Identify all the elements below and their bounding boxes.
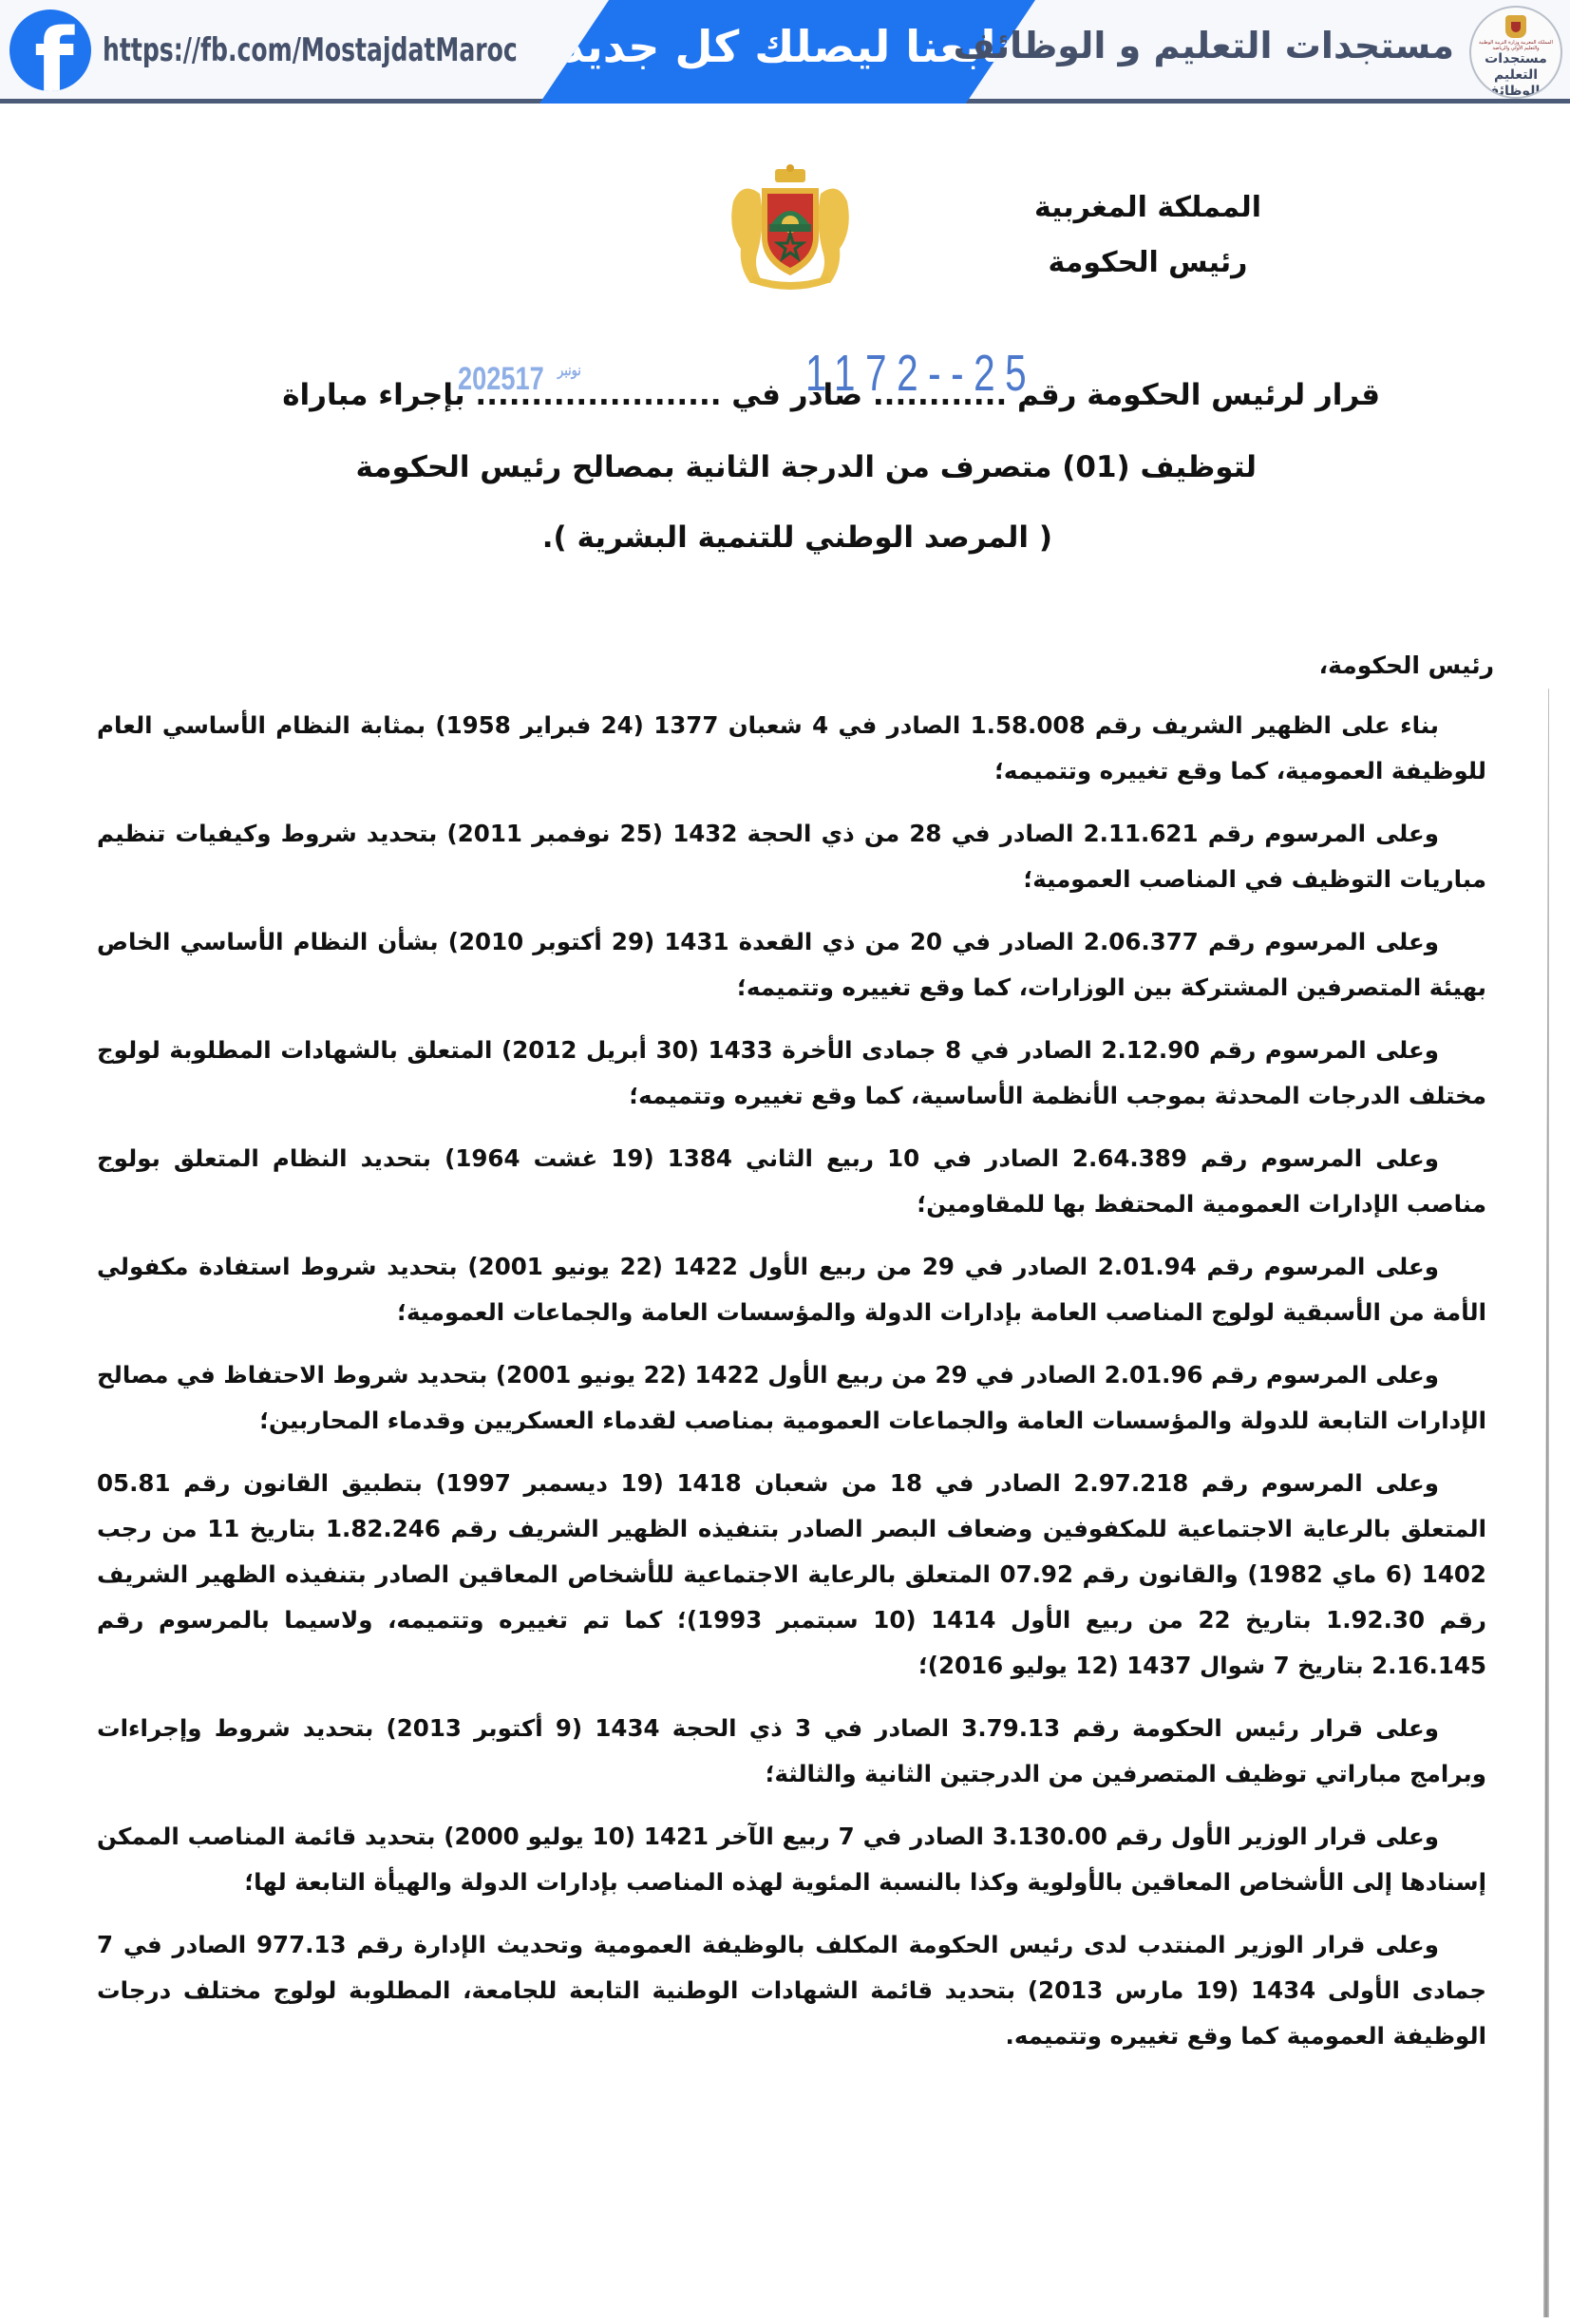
logo-name-line1: مستجدات التعليم bbox=[1471, 51, 1561, 84]
paragraph: وعلى المرسوم رقم 2.11.621 الصادر في 28 م… bbox=[97, 811, 1486, 902]
stamp-month: نونبر bbox=[558, 363, 581, 379]
logo-small-text: المملكة المغربية وزارة التربية الوطنية و… bbox=[1471, 40, 1561, 51]
kingdom-label: المملكة المغربية bbox=[1034, 180, 1261, 236]
paragraph: وعلى المرسوم رقم 2.01.96 الصادر في 29 من… bbox=[97, 1352, 1486, 1444]
title-line-3: ( المرصد الوطني للتنمية البشرية ). bbox=[542, 520, 1052, 555]
paragraph: وعلى المرسوم رقم 2.97.218 الصادر في 18 م… bbox=[97, 1461, 1486, 1689]
coat-of-arms-icon bbox=[724, 163, 857, 294]
paragraph: وعلى المرسوم رقم 2.01.94 الصادر في 29 من… bbox=[97, 1244, 1486, 1335]
site-logo[interactable]: المملكة المغربية وزارة التربية الوطنية و… bbox=[1469, 6, 1562, 99]
document-body: بناء على الظهير الشريف رقم 1.58.008 الصا… bbox=[97, 703, 1486, 2076]
paragraph: وعلى المرسوم رقم 2.64.389 الصادر في 10 ر… bbox=[97, 1136, 1486, 1227]
paragraph: وعلى قرار رئيس الحكومة رقم 3.79.13 الصاد… bbox=[97, 1706, 1486, 1797]
title-line-1: قرار لرئيس الحكومة رقم ............ صادر… bbox=[282, 378, 1380, 412]
paragraph: بناء على الظهير الشريف رقم 1.58.008 الصا… bbox=[97, 703, 1486, 794]
office-label: رئيس الحكومة bbox=[1034, 236, 1261, 291]
logo-name-line2: والوظائف bbox=[1471, 84, 1561, 99]
document-header: المملكة المغربية رئيس الحكومة bbox=[1034, 180, 1261, 291]
addressee: رئيس الحكومة، bbox=[1319, 652, 1494, 679]
facebook-icon[interactable]: f bbox=[9, 9, 91, 91]
scan-edge-divider bbox=[1543, 689, 1549, 2317]
paragraph: وعلى المرسوم رقم 2.12.90 الصادر في 8 جما… bbox=[97, 1028, 1486, 1119]
paragraph: وعلى قرار الوزير المنتدب لدى رئيس الحكوم… bbox=[97, 1922, 1486, 2059]
paragraph: وعلى قرار الوزير الأول رقم 3.130.00 الصا… bbox=[97, 1814, 1486, 1905]
moroccan-emblem-icon bbox=[1505, 15, 1526, 38]
site-name: مستجدات التعليم و الوظائف bbox=[954, 25, 1454, 66]
top-banner: f https://fb.com/MostajdatMaroc تابعنا ل… bbox=[0, 0, 1570, 104]
facebook-url-link[interactable]: https://fb.com/MostajdatMaroc bbox=[103, 27, 518, 74]
paragraph: وعلى المرسوم رقم 2.06.377 الصادر في 20 م… bbox=[97, 919, 1486, 1011]
title-line-2: لتوظيف (01) متصرف من الدرجة الثانية بمصا… bbox=[355, 450, 1257, 484]
